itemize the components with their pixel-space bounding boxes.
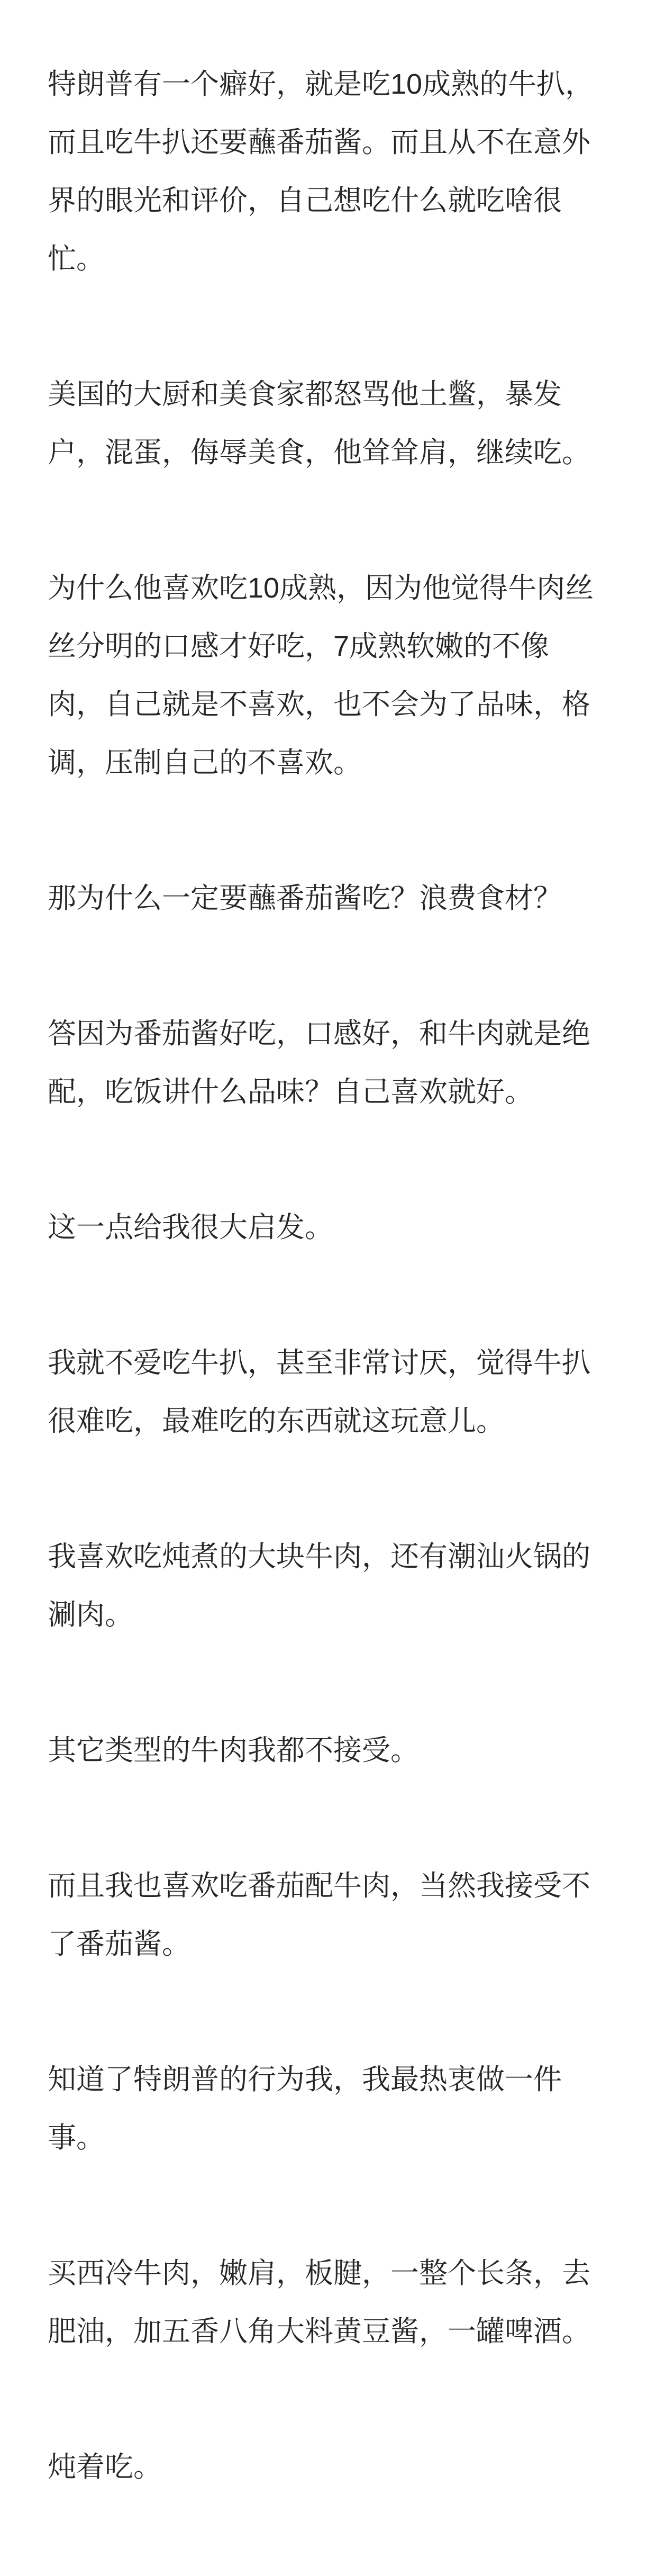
text-line: 涮肉。 <box>48 1586 608 1644</box>
text-line: 美国的大厨和美食家都怒骂他土鳖，暴发 <box>48 365 608 423</box>
article-page: 特朗普有一个癖好，就是吃10成熟的牛扒，而且吃牛扒还要蘸番茄酱。而且从不在意外界… <box>0 0 656 2576</box>
text-line: 那为什么一定要蘸番茄酱吃？浪费食材？ <box>48 869 608 927</box>
paragraph: 这一点给我很大启发。 <box>48 1198 608 1257</box>
text-line: 户，混蛋，侮辱美食，他耸耸肩，继续吃。 <box>48 423 608 482</box>
text-line: 了番茄酱。 <box>48 1915 608 1973</box>
text-line: 特朗普有一个癖好，就是吃10成熟的牛扒， <box>48 55 608 113</box>
paragraph: 炖着吃。 <box>48 2438 608 2496</box>
text-line: 我喜欢吃炖煮的大块牛肉，还有潮汕火锅的 <box>48 1527 608 1586</box>
paragraph: 特朗普有一个癖好，就是吃10成熟的牛扒，而且吃牛扒还要蘸番茄酱。而且从不在意外界… <box>48 55 608 288</box>
text-line: 我就不爱吃牛扒，甚至非常讨厌，觉得牛扒 <box>48 1334 608 1392</box>
paragraph: 我喜欢吃炖煮的大块牛肉，还有潮汕火锅的涮肉。 <box>48 1527 608 1644</box>
text-line: 为什么他喜欢吃10成熟，因为他觉得牛肉丝 <box>48 559 608 617</box>
text-line: 配，吃饭讲什么品味？自己喜欢就好。 <box>48 1063 608 1121</box>
paragraph: 答因为番茄酱好吃，口感好，和牛肉就是绝配，吃饭讲什么品味？自己喜欢就好。 <box>48 1005 608 1121</box>
paragraph: 知道了特朗普的行为我，我最热衷做一件事。 <box>48 2050 608 2167</box>
text-line: 炖着吃。 <box>48 2438 608 2496</box>
text-line: 界的眼光和评价，自己想吃什么就吃啥很 <box>48 171 608 230</box>
text-line: 而且我也喜欢吃番茄配牛肉，当然我接受不 <box>48 1857 608 1915</box>
paragraph: 那为什么一定要蘸番茄酱吃？浪费食材？ <box>48 869 608 927</box>
text-line: 很难吃，最难吃的东西就这玩意儿。 <box>48 1392 608 1450</box>
paragraph: 我就不爱吃牛扒，甚至非常讨厌，觉得牛扒很难吃，最难吃的东西就这玩意儿。 <box>48 1334 608 1450</box>
paragraph: 买西冷牛肉，嫩肩，板腱，一整个长条，去肥油，加五香八角大料黄豆酱，一罐啤酒。 <box>48 2244 608 2361</box>
text-line: 答因为番茄酱好吃，口感好，和牛肉就是绝 <box>48 1005 608 1063</box>
text-line: 其它类型的牛肉我都不接受。 <box>48 1721 608 1779</box>
paragraph: 而且我也喜欢吃番茄配牛肉，当然我接受不了番茄酱。 <box>48 1857 608 1973</box>
text-line: 买西冷牛肉，嫩肩，板腱，一整个长条，去 <box>48 2244 608 2302</box>
paragraph: 为什么他喜欢吃10成熟，因为他觉得牛肉丝丝分明的口感才好吃，7成熟软嫩的不像肉，… <box>48 559 608 792</box>
paragraph: 美国的大厨和美食家都怒骂他土鳖，暴发户，混蛋，侮辱美食，他耸耸肩，继续吃。 <box>48 365 608 482</box>
text-line: 这一点给我很大启发。 <box>48 1198 608 1257</box>
article-body: 特朗普有一个癖好，就是吃10成熟的牛扒，而且吃牛扒还要蘸番茄酱。而且从不在意外界… <box>0 0 656 2496</box>
text-line: 而且吃牛扒还要蘸番茄酱。而且从不在意外 <box>48 113 608 171</box>
text-line: 事。 <box>48 2109 608 2167</box>
text-line: 丝分明的口感才好吃，7成熟软嫩的不像 <box>48 617 608 675</box>
text-line: 肥油，加五香八角大料黄豆酱，一罐啤酒。 <box>48 2302 608 2361</box>
text-line: 忙。 <box>48 230 608 288</box>
text-line: 知道了特朗普的行为我，我最热衷做一件 <box>48 2050 608 2109</box>
text-line: 肉，自己就是不喜欢，也不会为了品味，格 <box>48 675 608 734</box>
paragraph: 其它类型的牛肉我都不接受。 <box>48 1721 608 1779</box>
text-line: 调，压制自己的不喜欢。 <box>48 734 608 792</box>
